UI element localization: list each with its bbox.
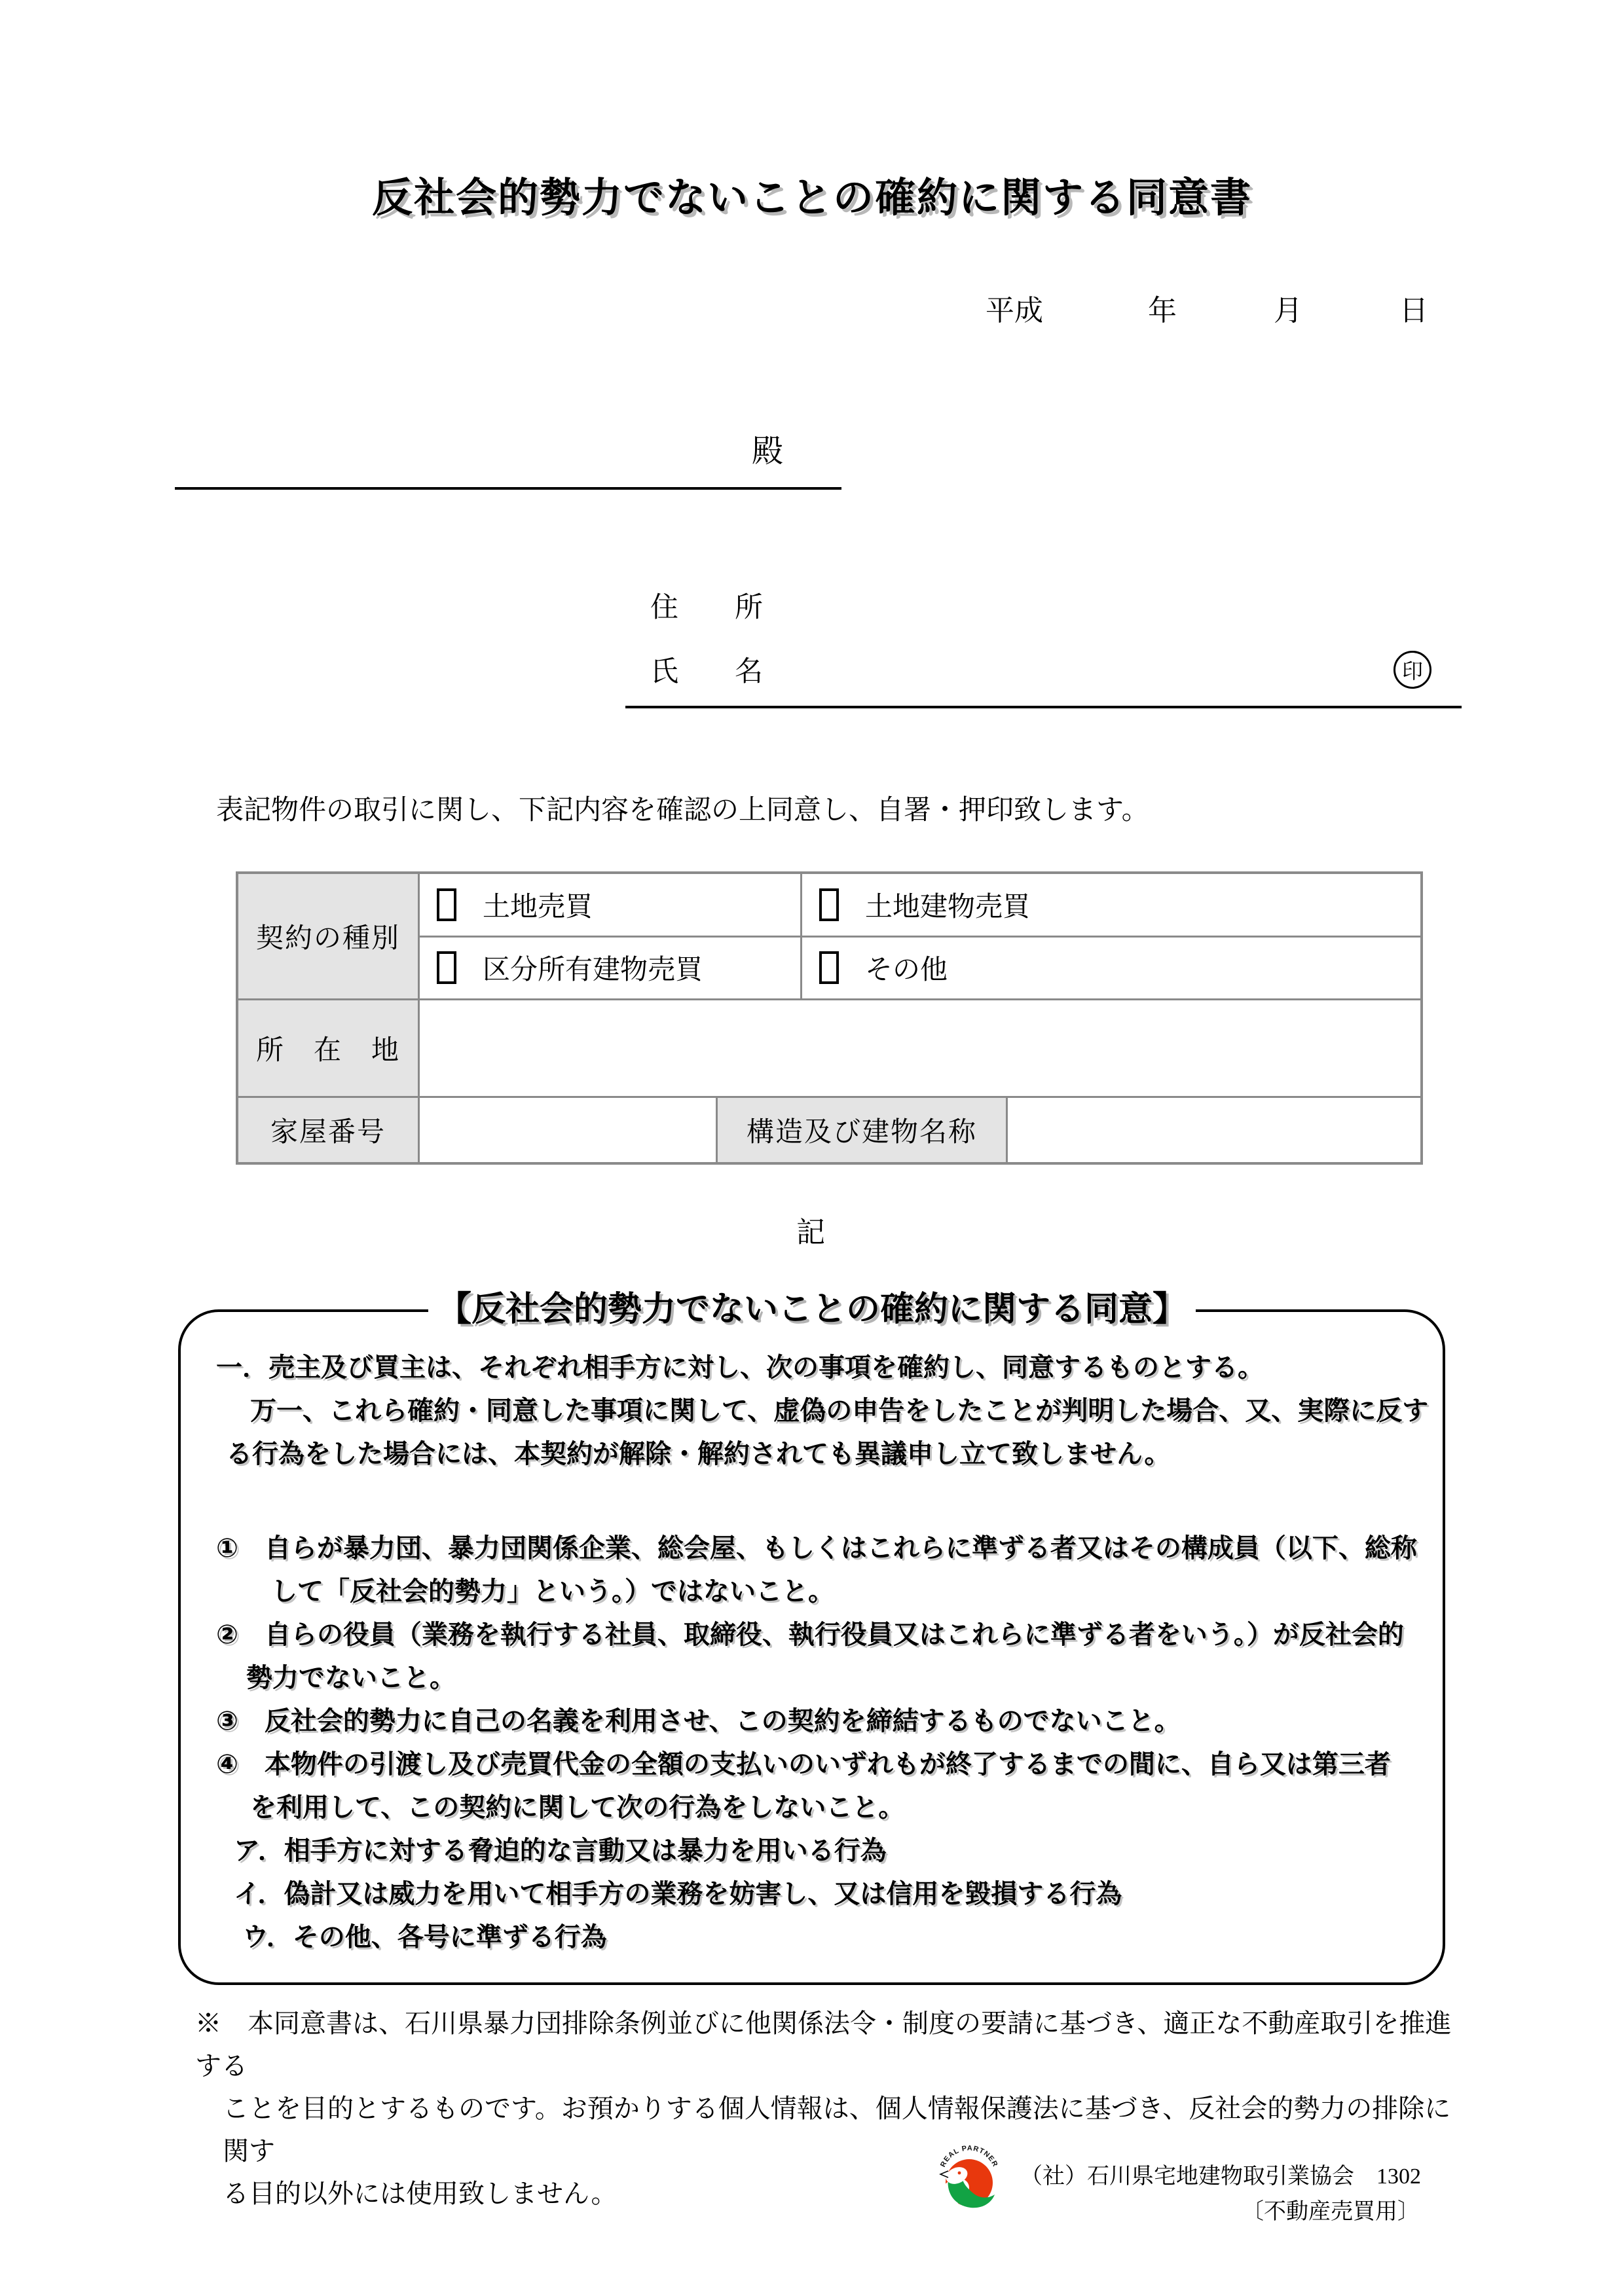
footer-text: （社）石川県宅地建物取引業協会 1302 〔不動産売買用〕 <box>1020 2159 1420 2230</box>
option-row-1: 土地売買 土地建物売買 <box>420 874 1420 938</box>
checkbox-icon[interactable] <box>437 951 456 984</box>
option-row-2: 区分所有建物売買 その他 <box>420 938 1420 999</box>
logo-dove-beak <box>940 2171 948 2178</box>
structure-label: 構造及び建物名称 <box>718 1098 1008 1162</box>
item-2-line: ② 自らの役員（業務を執行する社員、取締役、執行役員又はこれらに準ずる者をいう。… <box>216 1613 1434 1656</box>
checkbox-icon[interactable] <box>819 951 839 984</box>
subitem-u-line: ウ．その他、各号に準ずる行為 <box>216 1916 1434 1959</box>
agreement-box-heading: 【反社会的勢力でないことの確約に関する同意】 <box>428 1285 1196 1334</box>
clause-line: る行為をした場合には、本契約が解除・解約されても異議申し立て致しません。 <box>216 1432 1434 1476</box>
item-4-line: を利用して、この契約に関して次の行為をしないこと。 <box>216 1786 1434 1829</box>
era-label: 平成 <box>986 295 1043 327</box>
option-label: 土地売買 <box>483 885 593 924</box>
house-number-row: 家屋番号 構造及び建物名称 <box>238 1096 1420 1162</box>
logo-dove-eye <box>958 2172 961 2175</box>
location-input[interactable] <box>420 1000 1420 1096</box>
agreement-box-content: 一．売主及び買主は、それぞれ相手方に対し、次の事項を確約し、同意するものとする。… <box>216 1346 1434 1959</box>
option-label: 土地建物売買 <box>865 885 1030 924</box>
option-condo-sale[interactable]: 区分所有建物売買 <box>420 938 802 999</box>
option-other[interactable]: その他 <box>802 938 1420 999</box>
contract-type-row: 契約の種別 土地売買 土地建物売買 区分所有建物売買 <box>238 874 1420 998</box>
clause-line: 万一、これら確約・同意した事項に関して、虚偽の申告をしたことが判明した場合、又、… <box>216 1389 1434 1432</box>
spacer <box>216 1476 1434 1527</box>
option-label: その他 <box>865 948 948 987</box>
recipient-suffix: 殿 <box>752 426 783 471</box>
item-1-line: ① 自らが暴力団、暴力団関係企業、総会屋、もしくはこれらに準ずる者又はその構成員… <box>216 1527 1434 1570</box>
real-partner-logo: REAL PARTNER <box>935 2138 1003 2223</box>
address-label: 住 所 <box>650 585 763 625</box>
property-table: 契約の種別 土地売買 土地建物売買 区分所有建物売買 <box>236 871 1423 1165</box>
contract-type-label: 契約の種別 <box>238 874 420 998</box>
month-label: 月 <box>1274 295 1302 327</box>
house-number-label: 家屋番号 <box>238 1098 420 1162</box>
item-4-line: ④ 本物件の引渡し及び売買代金の全額の支払いのいずれもが終了するまでの間に、自ら… <box>216 1743 1434 1786</box>
clause-line: 一．売主及び買主は、それぞれ相手方に対し、次の事項を確約し、同意するものとする。 <box>216 1346 1434 1389</box>
date-line: 平成年月日 <box>986 287 1428 329</box>
subitem-a-line: ア．相手方に対する脅迫的な言動又は暴力を用いる行為 <box>216 1829 1434 1872</box>
contract-type-options: 土地売買 土地建物売買 区分所有建物売買 その他 <box>420 874 1420 998</box>
association-name: （社）石川県宅地建物取引業協会 1302 <box>1020 2159 1420 2195</box>
option-land-building-sale[interactable]: 土地建物売買 <box>802 874 1420 936</box>
checkbox-icon[interactable] <box>437 888 456 921</box>
option-label: 区分所有建物売買 <box>483 948 703 987</box>
year-label: 年 <box>1148 295 1177 327</box>
item-1-line: して「反社会的勢力」という。）ではないこと。 <box>216 1570 1434 1613</box>
item-2-line: 勢力でないこと。 <box>216 1656 1434 1700</box>
ki-marker: 記 <box>0 1209 1624 1250</box>
option-land-sale[interactable]: 土地売買 <box>420 874 802 936</box>
recipient-name-field[interactable] <box>175 487 841 490</box>
name-label: 氏 名 <box>650 649 763 689</box>
consent-form-page: 反社会的勢力でないことの確約に関する同意書 平成年月日 殿 住 所 氏 名 印 … <box>0 0 1624 2296</box>
day-label: 日 <box>1399 295 1428 327</box>
house-number-input[interactable] <box>420 1098 718 1162</box>
footnote-line: ※ 本同意書は、石川県暴力団排除条例並びに他関係法令・制度の要請に基づき、適正な… <box>195 2002 1462 2087</box>
usage-type: 〔不動産売買用〕 <box>1020 2195 1420 2230</box>
subitem-i-line: イ．偽計又は威力を用いて相手方の業務を妨害し、又は信用を毀損する行為 <box>216 1872 1434 1916</box>
location-row: 所 在 地 <box>238 998 1420 1096</box>
item-3-line: ③ 反社会的勢力に自己の名義を利用させ、この契約を締結するものでないこと。 <box>216 1700 1434 1743</box>
intro-sentence: 表記物件の取引に関し、下記内容を確認の上同意し、自署・押印致します。 <box>216 788 1149 828</box>
structure-input[interactable] <box>1008 1098 1420 1162</box>
page-title: 反社会的勢力でないことの確約に関する同意書 <box>0 165 1624 223</box>
location-label: 所 在 地 <box>238 1000 420 1096</box>
signature-field[interactable] <box>625 706 1462 708</box>
seal-mark: 印 <box>1393 651 1431 689</box>
checkbox-icon[interactable] <box>819 888 839 921</box>
